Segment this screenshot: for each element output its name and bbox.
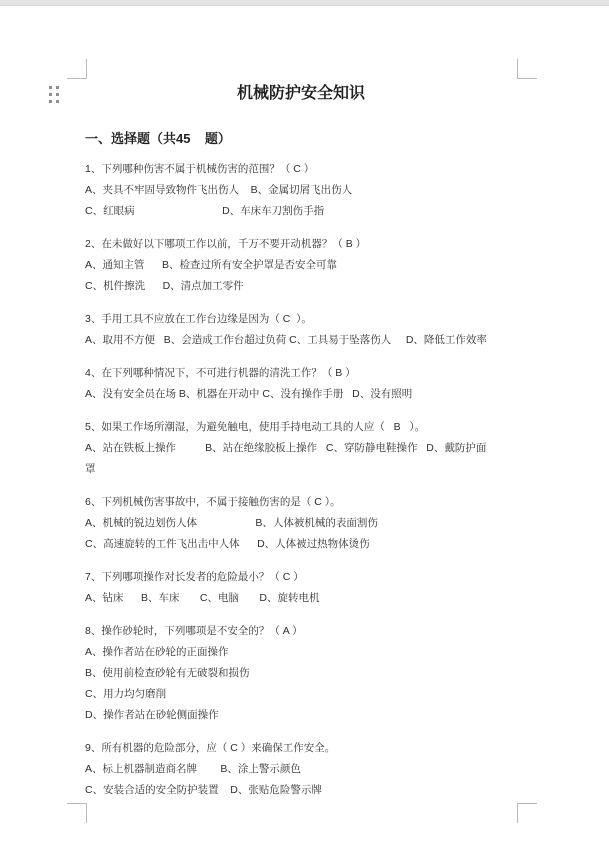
dot: [56, 86, 59, 89]
question-line: 5、如果工作场所潮湿，为避免触电，使用手持电动工具的人应（ B ）。: [85, 417, 517, 438]
question-line: B、使用前检查砂轮有无破裂和损伤: [85, 663, 517, 684]
question-line: C、高速旋转的工件飞出击中人体 D、人体被过热物体烫伤: [85, 534, 517, 555]
question-line: 8、操作砂轮时，下列哪项是不安全的？（ A ）: [85, 621, 517, 642]
question-line: A、取用不方便 B、会造成工作台超过负荷 C、工具易于坠落伤人 D、降低工作效率: [85, 330, 517, 351]
question-block: 3、手用工具不应放在工作台边缘是因为（ C ）。A、取用不方便 B、会造成工作台…: [85, 309, 517, 351]
question-block: 2、在未做好以下哪项工作以前，千万不要开动机器？（ B ）A、通知主管 B、检查…: [85, 234, 517, 297]
question-line: C、红眼病 D、车床车刀割伤手指: [85, 201, 517, 222]
question-line: C、用力均匀磨削: [85, 684, 517, 705]
question-block: 7、下列哪项操作对长发者的危险最小？（ C ）A、钻床 B、车床 C、电脑 D、…: [85, 567, 517, 609]
question-line: 3、手用工具不应放在工作台边缘是因为（ C ）。: [85, 309, 517, 330]
question-line: A、机械的锐边划伤人体 B、人体被机械的表面割伤: [85, 513, 517, 534]
question-block: 4、在下列哪种情况下，不可进行机器的清洗工作？（ B ）A、没有安全员在场 B、…: [85, 363, 517, 405]
question-block: 5、如果工作场所潮湿，为避免触电，使用手持电动工具的人应（ B ）。A、站在铁板…: [85, 417, 517, 480]
question-line: 2、在未做好以下哪项工作以前，千万不要开动机器？（ B ）: [85, 234, 517, 255]
drag-handle-icon[interactable]: [49, 86, 59, 103]
document-content: 机械防护安全知识 一、选择题（共45 题） 1、下列哪种伤害不属于机械伤害的范围…: [85, 0, 517, 801]
dot: [49, 100, 52, 103]
text-boundary-mark-top-right: [517, 59, 537, 79]
question-line: 1、下列哪种伤害不属于机械伤害的范围？（ C ）: [85, 159, 517, 180]
question-line: 7、下列哪项操作对长发者的危险最小？（ C ）: [85, 567, 517, 588]
question-block: 1、下列哪种伤害不属于机械伤害的范围？（ C ）A、夹具不牢固导致物件飞出伤人 …: [85, 159, 517, 222]
question-block: 8、操作砂轮时，下列哪项是不安全的？（ A ）A、操作者站在砂轮的正面操作B、使…: [85, 621, 517, 726]
question-block: 9、所有机器的危险部分，应（ C ）来确保工作安全。A、标上机器制造商名牌 B、…: [85, 738, 517, 801]
text-boundary-mark-top-left: [67, 59, 87, 79]
dot: [56, 93, 59, 96]
question-line: 4、在下列哪种情况下，不可进行机器的清洗工作？（ B ）: [85, 363, 517, 384]
question-line: A、通知主管 B、检查过所有安全护罩是否安全可靠: [85, 255, 517, 276]
text-boundary-mark-bottom-right: [517, 803, 537, 823]
page-title: 机械防护安全知识: [85, 84, 517, 104]
document-page: 机械防护安全知识 一、选择题（共45 题） 1、下列哪种伤害不属于机械伤害的范围…: [0, 0, 609, 849]
dot: [49, 86, 52, 89]
question-line: C、机件擦洗 D、清点加工零件: [85, 276, 517, 297]
question-line: C、安装合适的安全防护装置 D、张贴危险警示牌: [85, 780, 517, 801]
question-line: A、操作者站在砂轮的正面操作: [85, 642, 517, 663]
text-boundary-mark-bottom-left: [67, 803, 87, 823]
question-line: 罩: [85, 459, 517, 480]
question-line: A、钻床 B、车床 C、电脑 D、旋转电机: [85, 588, 517, 609]
question-line: D、操作者站在砂轮侧面操作: [85, 705, 517, 726]
dot: [49, 93, 52, 96]
question-block: 6、下列机械伤害事故中，不属于接触伤害的是（ C ）。A、机械的锐边划伤人体 B…: [85, 492, 517, 555]
section-heading: 一、选择题（共45 题）: [85, 131, 517, 147]
dot: [56, 100, 59, 103]
question-line: A、站在铁板上操作 B、站在绝缘胶板上操作 C、穿防静电鞋操作 D、戴防护面: [85, 438, 517, 459]
question-line: A、夹具不牢固导致物件飞出伤人 B、金属切屑飞出伤人: [85, 180, 517, 201]
question-line: A、没有安全员在场 B、机器在开动中 C、没有操作手册 D、没有照明: [85, 384, 517, 405]
question-line: A、标上机器制造商名牌 B、涂上警示颜色: [85, 759, 517, 780]
question-list: 1、下列哪种伤害不属于机械伤害的范围？（ C ）A、夹具不牢固导致物件飞出伤人 …: [85, 159, 517, 801]
question-line: 9、所有机器的危险部分，应（ C ）来确保工作安全。: [85, 738, 517, 759]
question-line: 6、下列机械伤害事故中，不属于接触伤害的是（ C ）。: [85, 492, 517, 513]
